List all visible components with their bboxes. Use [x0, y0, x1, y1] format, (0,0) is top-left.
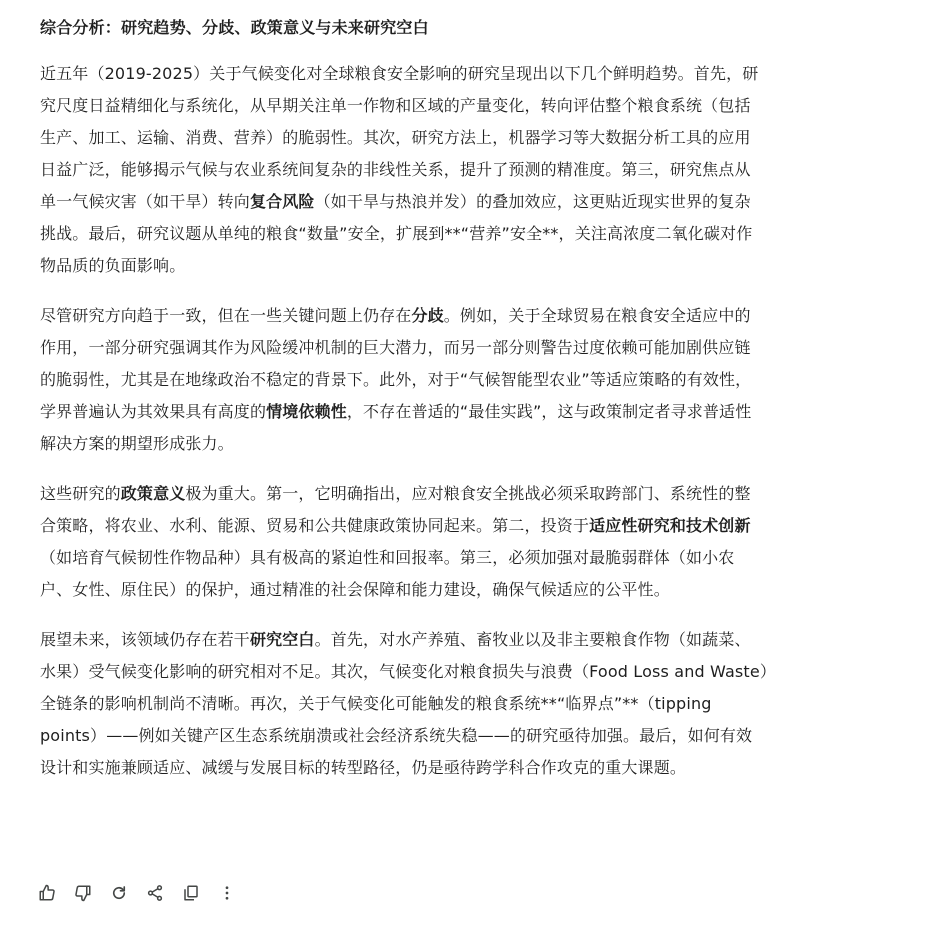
text-run: 究尺度日益精细化与系统化，从早期关注单一作物和区域的产量变化，转向评估整个粮食系… — [40, 96, 751, 115]
text-run: ，不存在普适的“最佳实践”，这与政策制定者寻求普适性 — [347, 402, 751, 421]
response-paragraph: 尽管研究方向趋于一致，但在一些关键问题上仍存在分歧。例如，关于全球贸易在粮食安全… — [40, 300, 940, 460]
text-run: 户、女性、原住民）的保护，通过精准的社会保障和能力建设，确保气候适应的公平性。 — [40, 580, 670, 599]
text-run: 的脆弱性，尤其是在地缘政治不稳定的背景下。此外，对于“气候智能型农业”等适应策略… — [40, 370, 751, 389]
text-run: 挑战。最后，研究议题从单纯的粮食“数量”安全，扩展到**“营养”安全**，关注高… — [40, 224, 752, 243]
paragraph-line: 物品质的负面影响。 — [40, 250, 940, 282]
paragraph-line: 近五年（2019-2025）关于气候变化对全球粮食安全影响的研究呈现出以下几个鲜… — [40, 58, 940, 90]
response-body: 近五年（2019-2025）关于气候变化对全球粮食安全影响的研究呈现出以下几个鲜… — [40, 58, 940, 784]
text-run: 设计和实施兼顾适应、减缓与发展目标的转型路径，仍是亟待跨学科合作攻克的重大课题。 — [40, 758, 686, 777]
paragraph-line: 挑战。最后，研究议题从单纯的粮食“数量”安全，扩展到**“营养”安全**，关注高… — [40, 218, 940, 250]
paragraph-line: 解决方案的期望形成张力。 — [40, 428, 940, 460]
text-run: 极为重大。第一，它明确指出，应对粮食安全挑战必须采取跨部门、系统性的整 — [185, 484, 750, 503]
more-options-button[interactable] — [216, 882, 238, 904]
paragraph-line: 究尺度日益精细化与系统化，从早期关注单一作物和区域的产量变化，转向评估整个粮食系… — [40, 90, 940, 122]
text-run: （如培育气候韧性作物品种）具有极高的紧迫性和回报率。第三，必须加强对最脆弱群体（… — [40, 548, 734, 567]
response-action-bar — [36, 882, 238, 904]
paragraph-line: 合策略，将农业、水利、能源、贸易和公共健康政策协同起来。第二，投资于适应性研究和… — [40, 510, 940, 542]
response-container: 综合分析：研究趋势、分歧、政策意义与未来研究空白 近五年（2019-2025）关… — [40, 14, 940, 802]
paragraph-line: 户、女性、原住民）的保护，通过精准的社会保障和能力建设，确保气候适应的公平性。 — [40, 574, 940, 606]
text-run: 解决方案的期望形成张力。 — [40, 434, 234, 453]
text-run: （如干旱与热浪并发）的叠加效应，这更贴近现实世界的复杂 — [315, 192, 751, 211]
text-run: 水果）受气候变化影响的研究相对不足。其次，气候变化对粮食损失与浪费（Food L… — [40, 662, 776, 681]
share-button[interactable] — [144, 882, 166, 904]
paragraph-line: 的脆弱性，尤其是在地缘政治不稳定的背景下。此外，对于“气候智能型农业”等适应策略… — [40, 364, 940, 396]
redo-button[interactable] — [108, 882, 130, 904]
thumbs-up-icon — [38, 884, 56, 902]
text-run: 近五年（2019-2025）关于气候变化对全球粮食安全影响的研究呈现出以下几个鲜… — [40, 64, 758, 83]
paragraph-line: 作用，一部分研究强调其作为风险缓冲机制的巨大潜力，而另一部分则警告过度依赖可能加… — [40, 332, 940, 364]
paragraph-line: 这些研究的政策意义极为重大。第一，它明确指出，应对粮食安全挑战必须采取跨部门、系… — [40, 478, 940, 510]
paragraph-line: 全链条的影响机制尚不清晰。再次，关于气候变化可能触发的粮食系统**“临界点”**… — [40, 688, 940, 720]
paragraph-line: 尽管研究方向趋于一致，但在一些关键问题上仍存在分歧。例如，关于全球贸易在粮食安全… — [40, 300, 940, 332]
copy-button[interactable] — [180, 882, 202, 904]
response-heading: 综合分析：研究趋势、分歧、政策意义与未来研究空白 — [40, 14, 940, 42]
paragraph-line: 设计和实施兼顾适应、减缓与发展目标的转型路径，仍是亟待跨学科合作攻克的重大课题。 — [40, 752, 940, 784]
text-run: 。例如，关于全球贸易在粮食安全适应中的 — [444, 306, 751, 325]
paragraph-line: 生产、加工、运输、消费、营养）的脆弱性。其次，研究方法上，机器学习等大数据分析工… — [40, 122, 940, 154]
bold-emphasis: 复合风险 — [250, 192, 315, 211]
bold-emphasis: 研究空白 — [250, 630, 315, 649]
paragraph-line: （如培育气候韧性作物品种）具有极高的紧迫性和回报率。第三，必须加强对最脆弱群体（… — [40, 542, 940, 574]
paragraph-line: 单一气候灾害（如干旱）转向复合风险（如干旱与热浪并发）的叠加效应，这更贴近现实世… — [40, 186, 940, 218]
text-run: 单一气候灾害（如干旱）转向 — [40, 192, 250, 211]
text-run: 生产、加工、运输、消费、营养）的脆弱性。其次，研究方法上，机器学习等大数据分析工… — [40, 128, 751, 147]
text-run: 学界普遍认为其效果具有高度的 — [40, 402, 266, 421]
thumbs-down-icon — [74, 884, 92, 902]
paragraph-line: 学界普遍认为其效果具有高度的情境依赖性，不存在普适的“最佳实践”，这与政策制定者… — [40, 396, 940, 428]
paragraph-line: 展望未来，该领域仍存在若干研究空白。首先，对水产养殖、畜牧业以及非主要粮食作物（… — [40, 624, 940, 656]
response-paragraph: 这些研究的政策意义极为重大。第一，它明确指出，应对粮食安全挑战必须采取跨部门、系… — [40, 478, 940, 606]
text-run: 这些研究的 — [40, 484, 121, 503]
text-run: 展望未来，该领域仍存在若干 — [40, 630, 250, 649]
text-run: 日益广泛，能够揭示气候与农业系统间复杂的非线性关系，提升了预测的精准度。第三，研… — [40, 160, 751, 179]
text-run: 物品质的负面影响。 — [40, 256, 185, 275]
text-run: 。首先，对水产养殖、畜牧业以及非主要粮食作物（如蔬菜、 — [315, 630, 751, 649]
bold-emphasis: 政策意义 — [121, 484, 186, 503]
text-run: 尽管研究方向趋于一致，但在一些关键问题上仍存在 — [40, 306, 411, 325]
paragraph-line: 日益广泛，能够揭示气候与农业系统间复杂的非线性关系，提升了预测的精准度。第三，研… — [40, 154, 940, 186]
thumbs-down-button[interactable] — [72, 882, 94, 904]
copy-icon — [182, 884, 200, 902]
bold-emphasis: 适应性研究和技术创新 — [589, 516, 751, 535]
bold-emphasis: 分歧 — [411, 306, 443, 325]
share-icon — [146, 884, 164, 902]
text-run: 作用，一部分研究强调其作为风险缓冲机制的巨大潜力，而另一部分则警告过度依赖可能加… — [40, 338, 751, 357]
text-run: 合策略，将农业、水利、能源、贸易和公共健康政策协同起来。第二，投资于 — [40, 516, 589, 535]
thumbs-up-button[interactable] — [36, 882, 58, 904]
text-run: 全链条的影响机制尚不清晰。再次，关于气候变化可能触发的粮食系统**“临界点”**… — [40, 694, 712, 713]
paragraph-line: points）——例如关键产区生态系统崩溃或社会经济系统失稳——的研究亟待加强。… — [40, 720, 940, 752]
bold-emphasis: 情境依赖性 — [266, 402, 347, 421]
response-paragraph: 展望未来，该领域仍存在若干研究空白。首先，对水产养殖、畜牧业以及非主要粮食作物（… — [40, 624, 940, 784]
redo-icon — [110, 884, 128, 902]
response-paragraph: 近五年（2019-2025）关于气候变化对全球粮食安全影响的研究呈现出以下几个鲜… — [40, 58, 940, 282]
more-vert-icon — [218, 884, 236, 902]
paragraph-line: 水果）受气候变化影响的研究相对不足。其次，气候变化对粮食损失与浪费（Food L… — [40, 656, 940, 688]
text-run: points）——例如关键产区生态系统崩溃或社会经济系统失稳——的研究亟待加强。… — [40, 726, 752, 745]
